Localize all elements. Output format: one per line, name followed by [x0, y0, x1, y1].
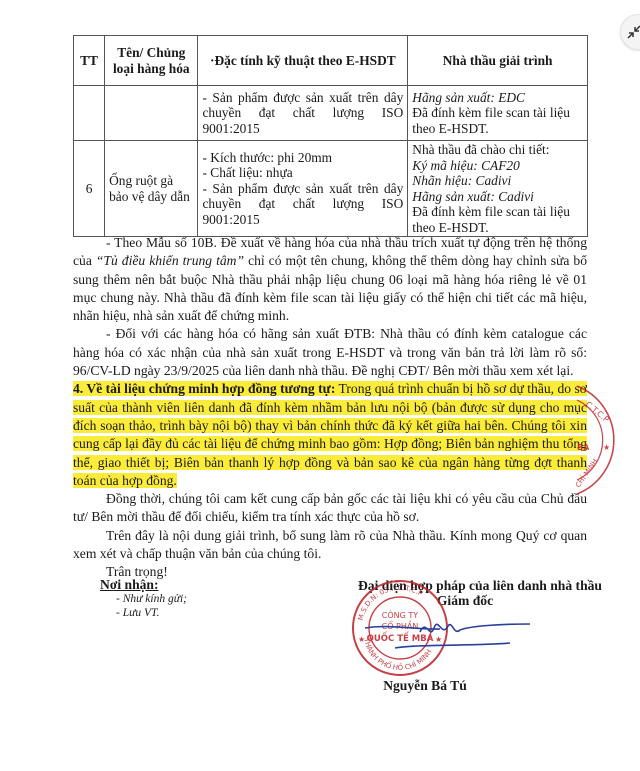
quoted-item-name: “Tủ điều khiển trung tâm” [96, 253, 244, 268]
paragraph-mau-10b: - Theo Mẫu số 10B. Đề xuất về hàng hóa c… [73, 234, 587, 325]
collapse-button[interactable] [620, 14, 640, 50]
svg-text:CÔNG TY: CÔNG TY [382, 609, 418, 620]
paragraph-dtb: - Đối với các hàng hóa có hãng sản xuất … [73, 325, 587, 380]
spec-line: - Sản phẩm được sản xuất trên dây chuyền… [202, 181, 403, 228]
table-row: 6 Ống ruột gà bảo vệ dây dẫn - Kích thướ… [74, 141, 588, 237]
row-spec: - Kích thước: phi 20mm - Chất liệu: nhựa… [198, 141, 408, 237]
row-contractor: Nhà thầu đã chào chi tiết: Ký mã hiệu: C… [408, 141, 588, 237]
collapse-arrows-icon [626, 24, 640, 40]
body-text: - Theo Mẫu số 10B. Đề xuất về hàng hóa c… [73, 234, 587, 582]
specification-table: TT Tên/ Chủng loại hàng hóa ·Đặc tính kỹ… [73, 35, 588, 237]
contractor-line: Nhãn hiệu: Cadivi [412, 173, 583, 189]
signatory-name: Nguyễn Bá Tú [330, 678, 520, 694]
row-tt [74, 86, 105, 141]
spec-line: - Chất liệu: nhựa [202, 165, 403, 181]
svg-text:BA: BA [577, 443, 590, 452]
header-goods-name: Tên/ Chủng loại hàng hóa [105, 36, 198, 86]
recipient-item: Như kính gửi; [116, 592, 187, 606]
contractor-line: Hãng sản xuất: EDC [412, 90, 583, 106]
contractor-line: Ký mã hiệu: CAF20 [412, 158, 583, 174]
row-spec: - Sản phẩm được sản xuất trên dây chuyền… [198, 86, 408, 141]
handwritten-signature-icon [360, 620, 560, 660]
header-technical-spec: ·Đặc tính kỹ thuật theo E-HSDT [198, 36, 408, 86]
row-contractor: Hãng sản xuất: EDC Đã đính kèm file scan… [408, 86, 588, 141]
paragraph-commitment: Đồng thời, chúng tôi cam kết cung cấp bả… [73, 490, 587, 527]
section-4: 4. Về tài liệu chứng minh hợp đồng tương… [73, 380, 587, 490]
contractor-line: Nhà thầu đã chào chi tiết: [412, 142, 583, 158]
contractor-line: Đã đính kèm file scan tài liệu theo E-HS… [412, 105, 583, 136]
row-goods-name [105, 86, 198, 141]
table-row: - Sản phẩm được sản xuất trên dây chuyền… [74, 86, 588, 141]
recipient-item: Lưu VT. [116, 606, 187, 620]
paragraph-closing: Trên đây là nội dung giải trình, bổ sung… [73, 527, 587, 564]
contractor-line: Hãng sản xuất: Cadivi [412, 189, 583, 205]
row-tt: 6 [74, 141, 105, 237]
table-header-row: TT Tên/ Chủng loại hàng hóa ·Đặc tính kỹ… [74, 36, 588, 86]
spec-line: - Kích thước: phi 20mm [202, 150, 403, 166]
header-contractor-explanation: Nhà thầu giải trình [408, 36, 588, 86]
contractor-line: Đã đính kèm file scan tài liệu theo E-HS… [412, 204, 583, 235]
document-page: TT Tên/ Chủng loại hàng hóa ·Đặc tính kỹ… [0, 0, 640, 771]
section-4-text: Trong quá trình chuẩn bị hồ sơ dự thầu, … [73, 381, 587, 487]
svg-text:★: ★ [603, 443, 610, 452]
section-4-heading: 4. Về tài liệu chứng minh hợp đồng tương… [73, 381, 335, 396]
spec-line: - Sản phẩm được sản xuất trên dây chuyền… [202, 90, 403, 137]
header-tt: TT [74, 36, 105, 86]
svg-text:CHÍ MINH: CHÍ MINH [575, 457, 600, 489]
row-goods-name: Ống ruột gà bảo vệ dây dẫn [105, 141, 198, 237]
partial-stamp-icon: C.T.C.P BA ★ CHÍ MINH [575, 380, 635, 500]
recipients-list: Như kính gửi; Lưu VT. [116, 592, 187, 620]
recipients-title: Nơi nhận: [100, 577, 159, 593]
